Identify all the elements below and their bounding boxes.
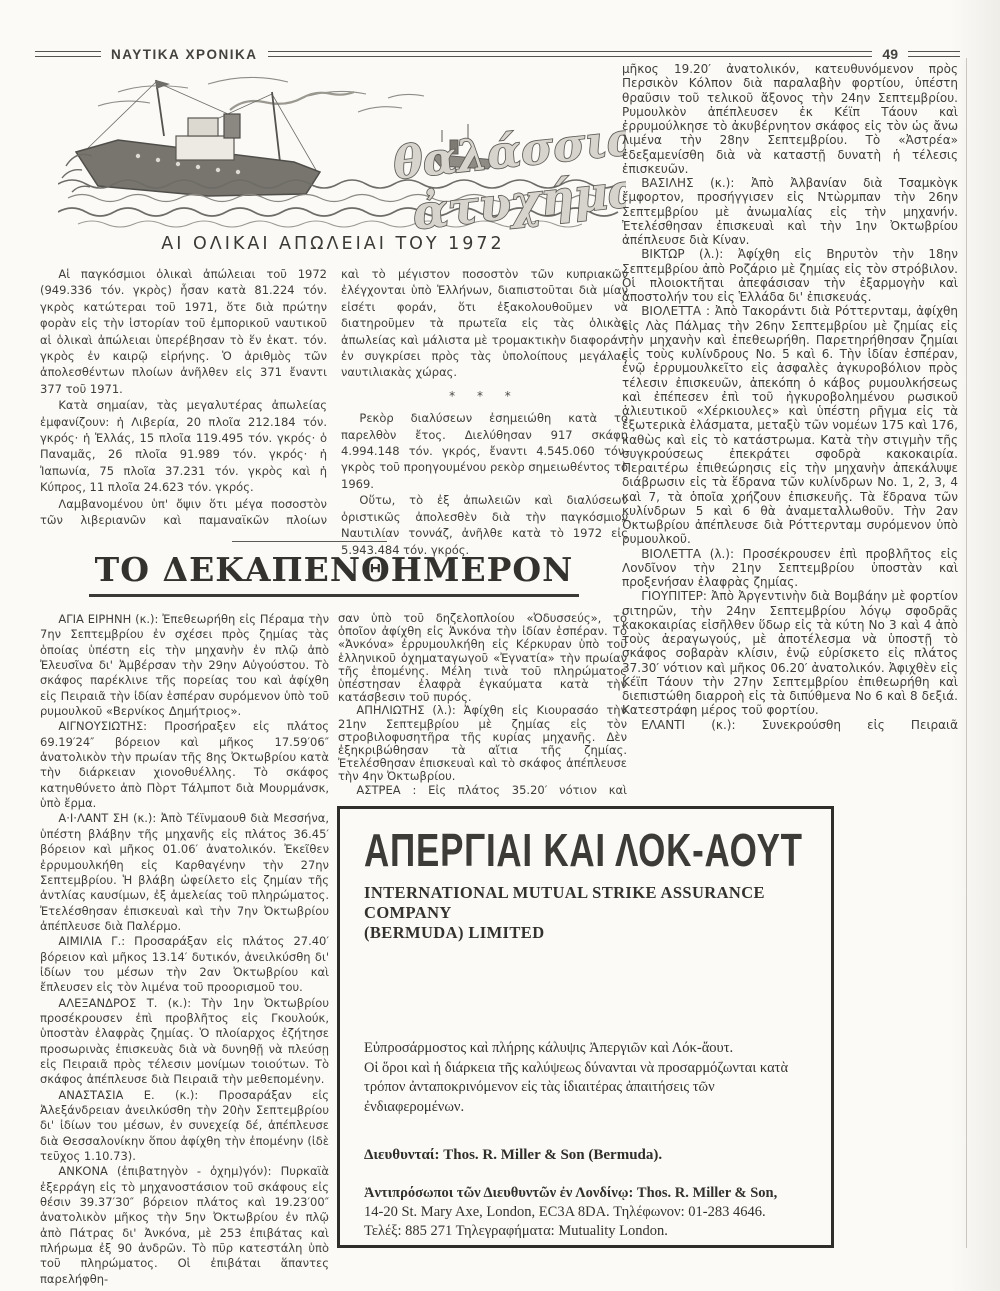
article-paragraph: Οὕτω, τὸ ἐξ ἀπωλειῶν καὶ διαλύσεων ὁριστ… — [341, 492, 628, 558]
fortnight-heading: ΤΟ ΔΕΚΑΠΕΝΘΗΜΕΡΟΝ — [89, 550, 580, 597]
article-paragraph: ΓΙΟΥΠΙΤΕΡ: Ἀπὸ Ἀργεντινὴν διὰ Βομβάην μὲ… — [622, 589, 958, 717]
article-paragraph: ΒΙΚΤΩΡ (λ.): Ἀφίχθη εἰς Βηρυτὸν τὴν 18ην… — [622, 247, 958, 304]
section-separator: * * * — [341, 388, 628, 404]
article-paragraph: ΕΛΑΝΤΙ (κ.): Συνεκρούσθη εἰς Πειραιᾶ — [622, 718, 958, 732]
article-paragraph: ΑΙΜΙΛΙΑ Γ.: Προσαράξαν εἰς πλάτος 27.40′… — [40, 934, 329, 995]
article-divider-rule — [232, 541, 387, 542]
fortnight-col1: ΑΓΙΑ ΕΙΡΗΝΗ (κ.): Ἐπεθεωρήθη εἰς Πέραμα … — [40, 612, 329, 1287]
page-number: 49 — [882, 46, 898, 62]
article-losses-col2: καὶ τὸ μέγιστον ποσοστὸν τῶν κυπριακῶν ἐ… — [341, 266, 628, 558]
fortnight-heading-wrap: ΤΟ ΔΕΚΑΠΕΝΘΗΜΕΡΟΝ — [40, 550, 628, 597]
article-paragraph: ΑΠΗΛΙΩΤΗΣ (λ.): Ἀφίχθη εἰς Κιουρασάο τὴν… — [338, 704, 627, 783]
article-paragraph: ΑΛΕΞΑΝΔΡΟΣ Τ. (κ.): Τὴν 1ην Ὀκτωβρίου πρ… — [40, 996, 329, 1088]
article-paragraph: ΒΙΟΛΕΤΤΑ : Ἀπὸ Τακοράντι διὰ Ρόττερνταμ,… — [622, 304, 958, 546]
ad-body: Εὐπροσάρμοστος καὶ πλήρης κάλυψις Ἀπεργι… — [364, 1039, 802, 1117]
article-paragraph: ΑΝΚΟΝΑ (ἐπιβατηγὸν - ὀχημ)γόν): Πυρκαϊὰ … — [40, 1164, 329, 1287]
article-paragraph: Ρεκὸρ διαλύσεων ἐσημειώθη κατὰ τὸ παρελθ… — [341, 410, 628, 492]
ad-directors: Διευθυνταί: Thos. R. Miller & Son (Bermu… — [364, 1147, 807, 1164]
article-losses-title: ΑΙ ΟΛΙΚΑΙ ΑΠΩΛΕΙΑΙ ΤΟΥ 1972 — [40, 234, 626, 254]
header-rule-middle — [268, 51, 873, 57]
article-paragraph: ΒΙΟΛΕΤΤΑ (λ.): Προσέκρουσεν ἐπὶ προβλῆτο… — [622, 547, 958, 590]
article-paragraph: ΑΙΓΝΟΥΣΙΩΤΗΣ: Προσήραξεν εἰς πλάτος 69.1… — [40, 719, 329, 811]
header-rule-right — [908, 51, 960, 57]
ad-company-line2: (BERMUDA) LIMITED — [364, 923, 784, 943]
ad-body-line1: Εὐπροσάρμοστος καὶ πλήρης κάλυψις Ἀπεργι… — [364, 1039, 802, 1059]
fortnight-col2: σαν ὑπὸ τοῦ δηζελοπλοίου «Ὀδυσσεύς», τὸ … — [338, 612, 627, 797]
ad-agents-line1: Ἀντιπρόσωποι τῶν Διευθυντῶν ἐν Λονδίνῳ: … — [364, 1184, 807, 1203]
ad-body-line2: Οἱ ὅροι καὶ ἡ διάρκεια τῆς καλύψεως δύνα… — [364, 1059, 802, 1118]
article-paragraph: Αἱ παγκόσμιοι ὁλικαὶ ἀπώλειαι τοῦ 1972 (… — [40, 266, 327, 397]
article-losses-columns: Αἱ παγκόσμιοι ὁλικαὶ ἀπώλειαι τοῦ 1972 (… — [40, 266, 628, 558]
article-paragraph: Λαμβανομένου ὑπ' ὄψιν ὅτι μέγα ποσοστὸν … — [40, 496, 327, 529]
ad-headline: ΑΠΕΡΓΙΑΙ ΚΑΙ ΛΟΚ-ΑΟΥΤ — [364, 825, 701, 875]
article-paragraph: ΑΝΑΣΤΑΣΙΑ Ε. (κ.): Προσαράξαν εἰς Ἀλεξάν… — [40, 1088, 329, 1165]
article-paragraph: μῆκος 19.20′ ἀνατολικόν, κατευθυνόμενον … — [622, 62, 958, 176]
article-paragraph: ΒΑΣΙΛΗΣ (κ.): Ἀπὸ Ἀλβανίαν διὰ Τσαμκὸγκ … — [622, 176, 958, 247]
article-paragraph: καὶ τὸ μέγιστον ποσοστὸν τῶν κυπριακῶν ἐ… — [341, 266, 628, 381]
ad-company-line1: INTERNATIONAL MUTUAL STRIKE ASSURANCE CO… — [364, 883, 784, 923]
page-header: ΝΑΥΤΙΚΑ ΧΡΟΝΙΚΑ 49 — [35, 46, 960, 62]
right-column: μῆκος 19.20′ ἀνατολικόν, κατευθυνόμενον … — [622, 62, 958, 732]
article-paragraph: Α·Ι·ΛΑΝΤ ΣΗ (κ.): Ἀπὸ Τέϊνμαουθ διὰ Μεσσ… — [40, 811, 329, 934]
article-paragraph: ΑΣΤΡΕΑ : Εἰς πλάτος 35.20′ νότιον καὶ — [338, 784, 627, 797]
ad-agents: Ἀντιπρόσωποι τῶν Διευθυντῶν ἐν Λονδίνῳ: … — [364, 1184, 807, 1241]
article-paragraph: σαν ὑπὸ τοῦ δηζελοπλοίου «Ὀδυσσεύς», τὸ … — [338, 612, 627, 704]
magazine-title: ΝΑΥΤΙΚΑ ΧΡΟΝΙΚΑ — [111, 47, 258, 62]
article-paragraph: ΑΓΙΑ ΕΙΡΗΝΗ (κ.): Ἐπεθεωρήθη εἰς Πέραμα … — [40, 612, 329, 719]
article-losses-col1: Αἱ παγκόσμιοι ὁλικαὶ ἀπώλειαι τοῦ 1972 (… — [40, 266, 327, 558]
advertisement-box: ΑΠΕΡΓΙΑΙ ΚΑΙ ΛΟΚ-ΑΟΥΤ INTERNATIONAL MUTU… — [337, 806, 834, 1248]
ad-agents-line2: 14-20 St. Mary Axe, London, EC3A 8DA. Τη… — [364, 1203, 807, 1222]
header-rule-left — [35, 51, 101, 57]
ship-drawing: θαλάσσια ἀτυχήματα — [58, 72, 626, 232]
ad-agents-line3: Τελέξ: 885 271 Τηλεγραφήματα: Mutuality … — [364, 1222, 807, 1241]
page-edge-line — [966, 58, 967, 1248]
magazine-page: ΝΑΥΤΙΚΑ ΧΡΟΝΙΚΑ 49 — [0, 0, 1000, 1291]
ad-company-name: INTERNATIONAL MUTUAL STRIKE ASSURANCE CO… — [364, 883, 784, 943]
article-paragraph: Κατὰ σημαίαν, τὰς μεγαλυτέρας ἀπωλείας ἐ… — [40, 397, 327, 495]
ship-illustration: θαλάσσια ἀτυχήματα — [58, 72, 626, 232]
